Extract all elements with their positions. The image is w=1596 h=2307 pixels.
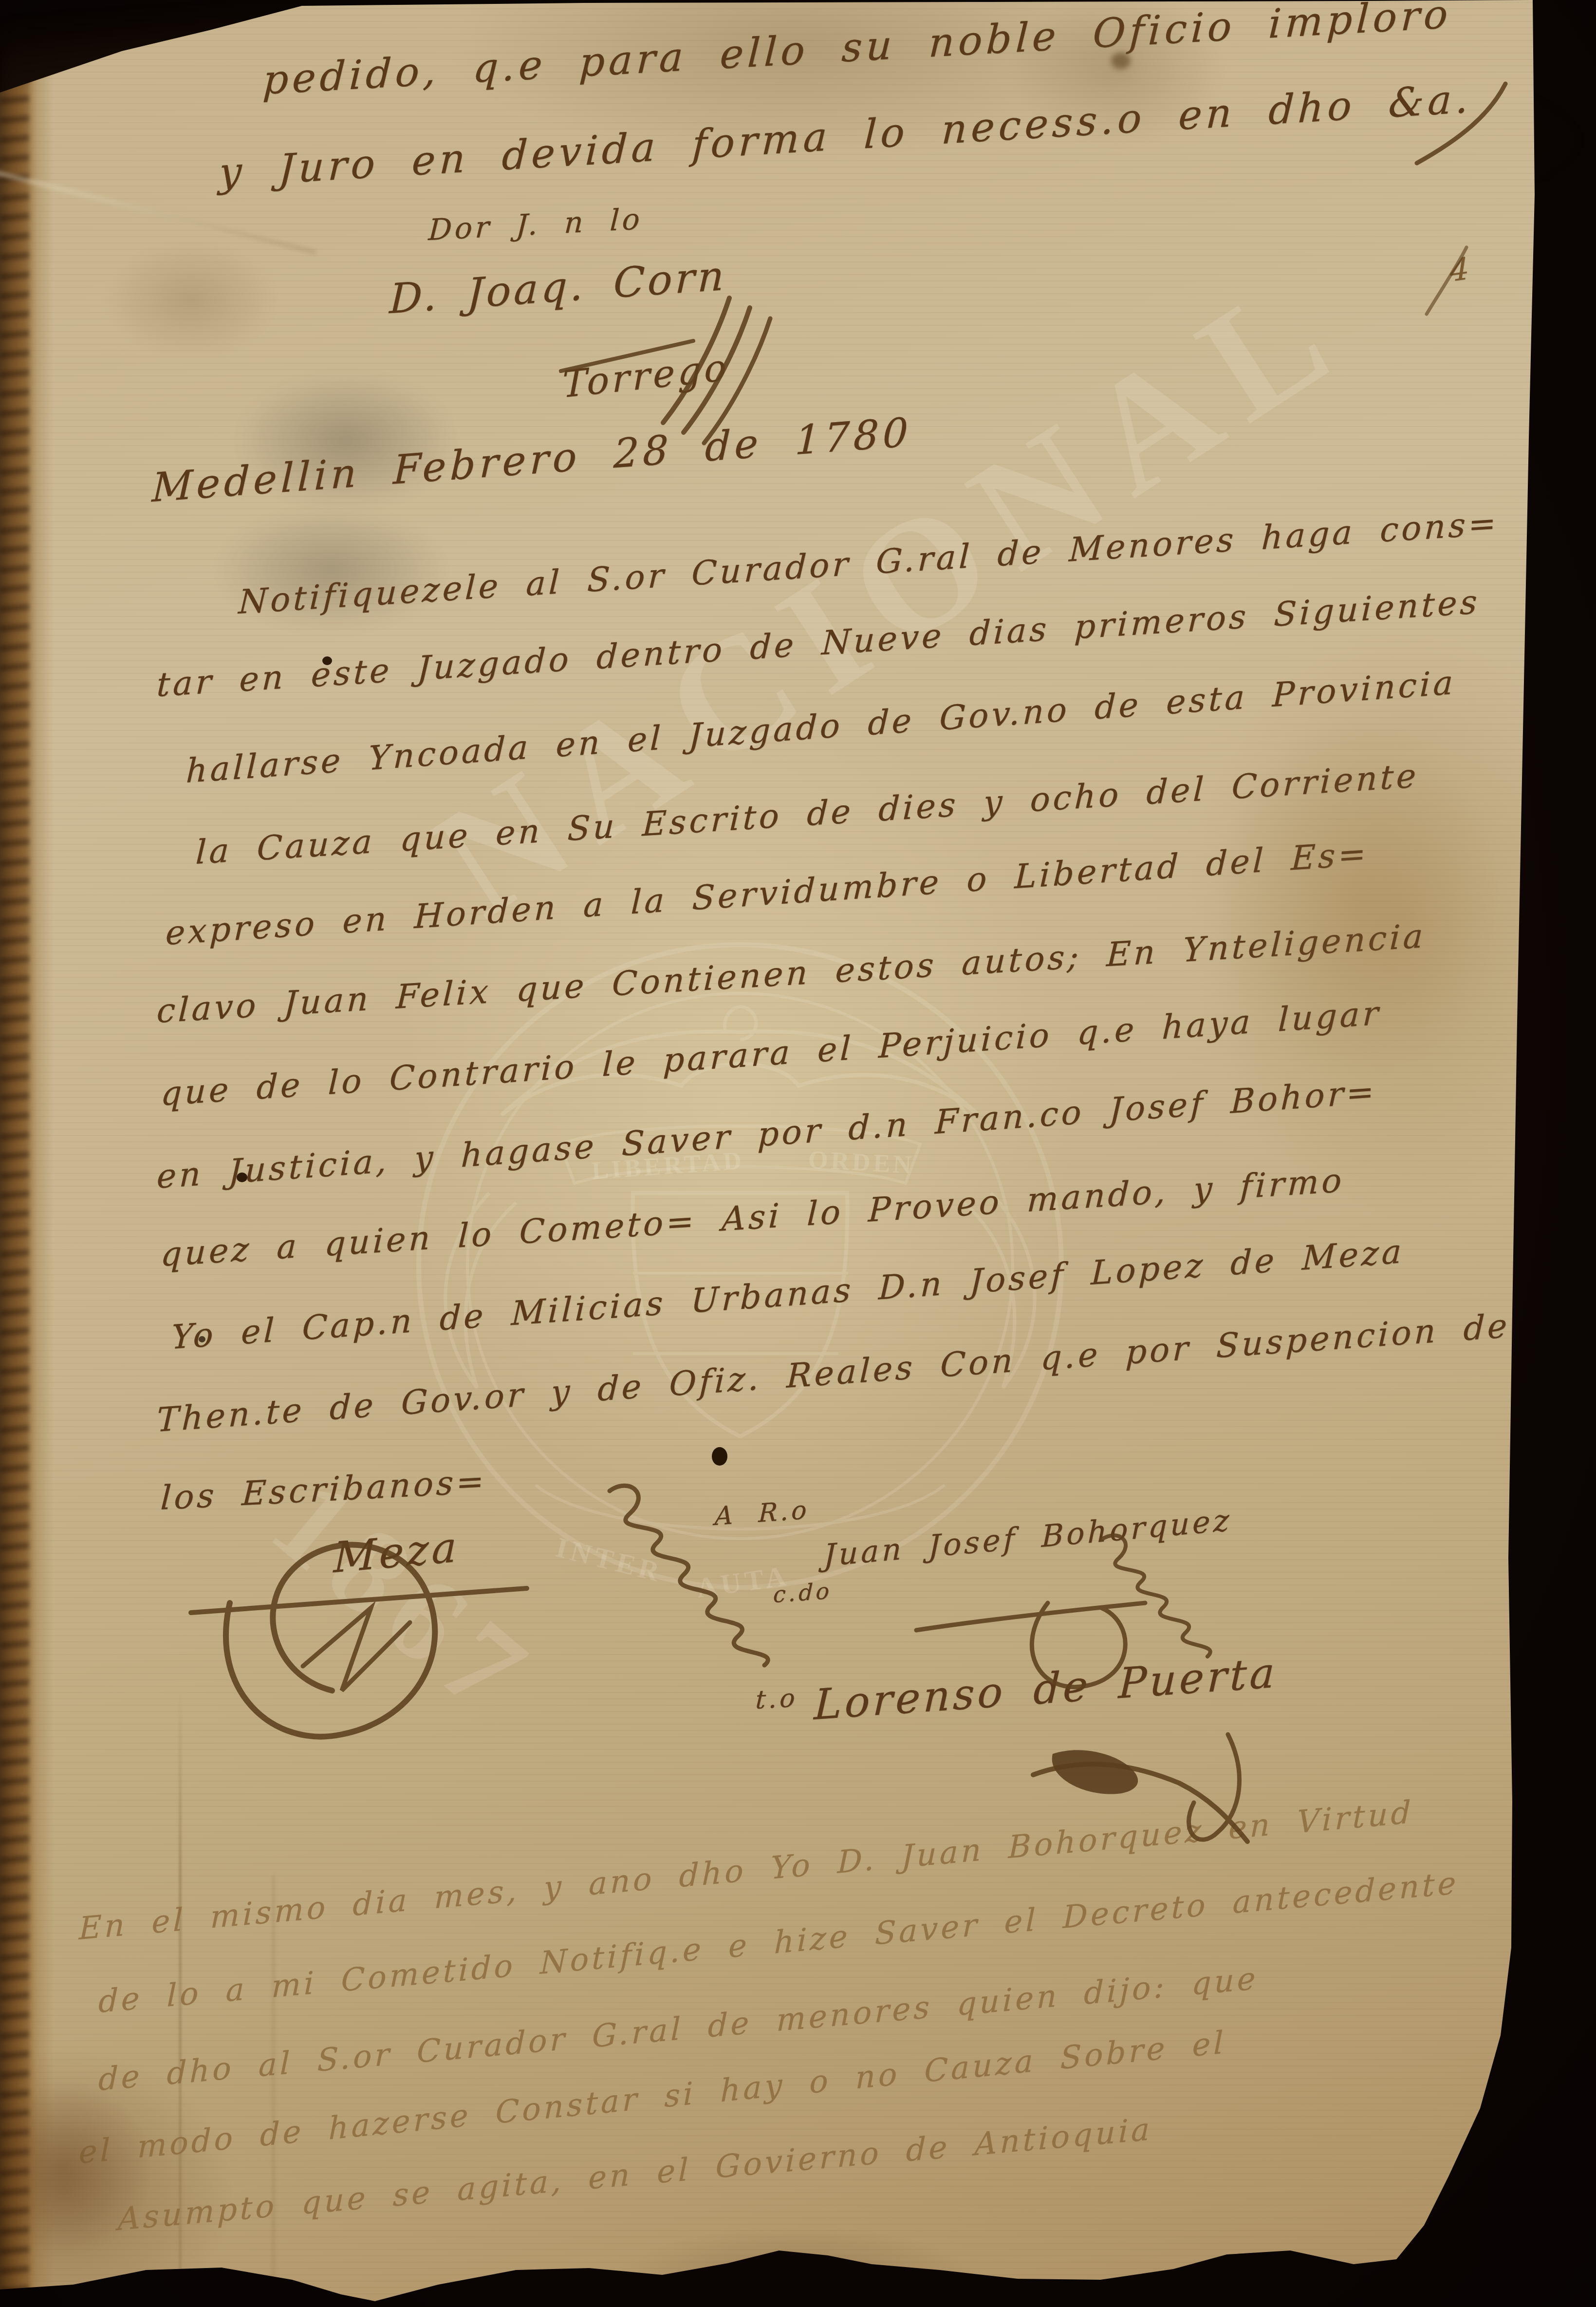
manuscript-line-opening-1: pedido, q.e para ello su noble Oficio im…	[262, 0, 1453, 104]
paper-burned-edge-streaks	[0, 0, 29, 2307]
watermark-crest-motto-right: ORDEN	[808, 1145, 915, 1179]
diligence-line-2: de lo a mi Cometido Notifiq.e e hize Sav…	[98, 1865, 1459, 2020]
ink-spot-faint	[1111, 53, 1131, 69]
ink-blot	[237, 1172, 247, 1182]
date-line: Medellin Febrero 28 de 1780	[151, 409, 912, 511]
decree-line-1: Notifiquezele al S.or Curador G.ral de M…	[238, 504, 1500, 622]
watermark-year: 1867	[246, 1451, 561, 1748]
decree-line-11: Then.te de Gov.or y de Ofiz. Reales Con …	[156, 1306, 1511, 1440]
folio-number: 4	[1449, 250, 1473, 289]
ink-bleedthrough	[214, 506, 448, 633]
decree-line-2: tar en este Juzgado dentro de Nueve dias…	[156, 583, 1481, 705]
rubric-strokes	[0, 0, 1596, 2307]
archive-photo: NACIONAL 1867 LIBERTAD ORDEN INTER AUTA …	[0, 0, 1596, 2307]
attest-abbreviation: A R.o	[714, 1495, 810, 1531]
decree-line-7: que de lo Contrario le parara el Perjuic…	[160, 994, 1382, 1114]
paper-burned-edge	[0, 0, 54, 2307]
decree-line-8: en Justicia, y hagase Saver por d.n Fran…	[156, 1073, 1378, 1197]
diligence-line-4: el modo de hazerse Constar si hay o no C…	[79, 2025, 1226, 2171]
watermark-crest	[0, 0, 1596, 2307]
manuscript-line-opening-2: y Juro en devida forma lo necess.o en dh…	[218, 75, 1473, 196]
decree-line-12: los Escribanos=	[160, 1462, 488, 1518]
paper-crease	[273, 1875, 274, 2307]
paper-crease	[0, 168, 317, 254]
decree-line-9: quez a quien lo Cometo= Asi lo Proveo ma…	[160, 1161, 1345, 1274]
ink-bleedthrough	[234, 370, 458, 511]
ink-blot	[712, 1447, 727, 1466]
diligence-line-1: En el mismo dia mes, y ano dho Yo D. Jua…	[78, 1794, 1414, 1947]
diligence-line-5: Asumpto que se agita, en el Govierno de …	[117, 2111, 1152, 2238]
ink-blot	[322, 656, 332, 665]
signature-bohorquez: Juan Josef Bohorquez	[823, 1502, 1232, 1573]
signature-petitioner-line3: Torrego	[562, 345, 729, 407]
decree-line-4: la Cauza que en Su Escrito de dies y och…	[195, 757, 1419, 872]
signature-petitioner-line1: Dor J. n lo	[427, 202, 644, 247]
decree-line-5: expreso en Horden a la Servidumbre o Lib…	[165, 835, 1369, 953]
watermark-crest-fragment-right: AUTA	[694, 1559, 792, 1604]
watermark-crest-motto-left: LIBERTAD	[591, 1146, 745, 1186]
manuscript-paper: NACIONAL 1867 LIBERTAD ORDEN INTER AUTA …	[0, 0, 1596, 2307]
watermark-crest-fragment-left: INTER	[553, 1531, 666, 1589]
witness-abbreviation: t.o	[755, 1683, 798, 1715]
commissioner-abbreviation: c.do	[773, 1577, 833, 1608]
paper-crease	[179, 1694, 181, 2298]
ink-blot	[199, 1336, 205, 1342]
signature-meza: Meza	[333, 1523, 460, 1582]
decree-line-6: clavo Juan Felix que Contienen estos aut…	[156, 917, 1427, 1031]
decree-line-10: Yo el Cap.n de Milicias Urbanas D.n Jose…	[171, 1232, 1405, 1357]
watermark-diagonal-text: NACIONAL	[404, 233, 1375, 953]
signature-puerta: Lorenso de Puerta	[813, 1648, 1278, 1730]
diligence-line-3: de dho al S.or Curador G.ral de menores …	[98, 1960, 1259, 2098]
decree-line-3: hallarse Yncoada en el Juzgado de Gov.no…	[186, 663, 1457, 791]
signature-petitioner-line2: D. Joaq. Corn	[389, 251, 727, 323]
